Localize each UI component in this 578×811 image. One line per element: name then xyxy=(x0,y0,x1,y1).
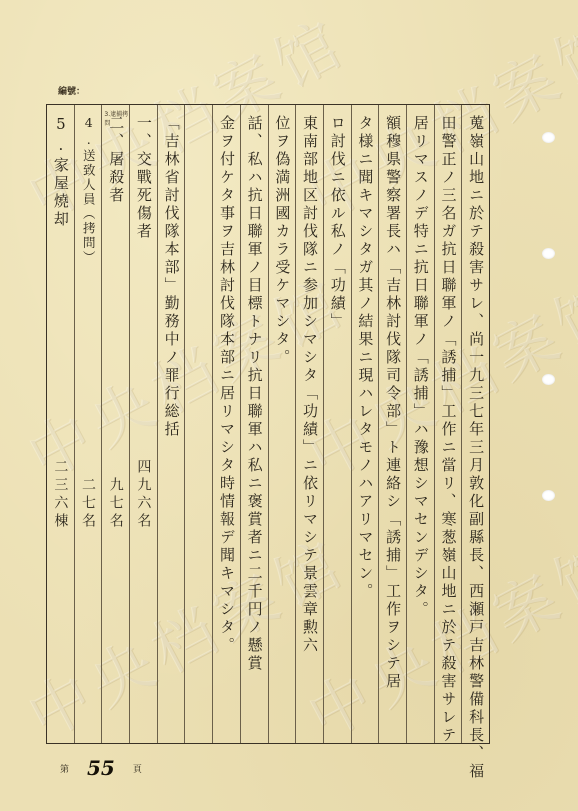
column-text: 話、私ハ抗日聯軍ノ目標トナリ抗日聯軍ハ私ニ褒賞者ニ二千円ノ懸賞 xyxy=(247,115,262,673)
page-number: 55 xyxy=(87,756,115,780)
summary-row: 5.家屋燒却 二三六棟 xyxy=(47,105,74,743)
column-text: 蒐嶺山地ニ於テ殺害サレ、尚一九三七年三月敦化副縣長、西瀬戸吉林警備科長、福 xyxy=(468,115,483,781)
page-footer: 第 55 頁 xyxy=(60,756,142,780)
summary-count: 二七名 xyxy=(78,477,98,531)
text-column xyxy=(184,105,212,743)
page-suffix: 頁 xyxy=(133,762,142,775)
form-number-label: 編號： xyxy=(58,84,85,97)
column-text: 額穆県警察署長ハ「吉林討伐隊司令部」ト連絡シ「誘捕」工作ヲシテ居 xyxy=(385,115,400,691)
punch-hole xyxy=(542,132,555,143)
summary-row: 3.逮捕拷問 二、屠殺者 九七名 xyxy=(101,105,129,743)
summary-label: 4.送致人員（拷問） xyxy=(82,115,95,265)
summary-row: 一、交戰死傷者 四九六名 xyxy=(129,105,157,743)
text-column: 金ヲ付ケタ事ヲ吉林討伐隊本部ニ居リマシタ時情報デ聞キマシタ。 xyxy=(212,105,240,743)
text-column: 田警正ノ三名ガ抗日聯軍ノ「誘捕」工作ニ當リ、寒葱嶺山地ニ於テ殺害サレテ xyxy=(434,105,462,743)
punch-hole xyxy=(542,490,555,501)
summary-count: 二三六棟 xyxy=(50,459,70,531)
page-prefix: 第 xyxy=(60,762,69,775)
summary-label: 5.家屋燒却 xyxy=(53,115,68,229)
text-column: タ様ニ聞キマシタガ其ノ結果ニ現ハレタモノハアリマセン。 xyxy=(351,105,379,743)
summary-label: 二、屠殺者 xyxy=(108,115,123,205)
section-heading: 「吉林省討伐隊本部」勤務中ノ罪行総括 xyxy=(164,115,179,439)
text-column: 位ヲ偽満洲國カラ受ケマシタ。 xyxy=(268,105,296,743)
column-text: 田警正ノ三名ガ抗日聯軍ノ「誘捕」工作ニ當リ、寒葱嶺山地ニ於テ殺害サレテ xyxy=(440,115,455,745)
punch-hole xyxy=(542,374,555,385)
column-text: 金ヲ付ケタ事ヲ吉林討伐隊本部ニ居リマシタ時情報デ聞キマシタ。 xyxy=(219,115,234,655)
text-column: 蒐嶺山地ニ於テ殺害サレ、尚一九三七年三月敦化副縣長、西瀬戸吉林警備科長、福 xyxy=(461,105,489,743)
column-text: ロ討伐ニ依ル私ノ「功績」 xyxy=(330,115,345,331)
text-column: ロ討伐ニ依ル私ノ「功績」 xyxy=(323,105,351,743)
text-column: 居リマスノデ特ニ抗日聯軍ノ「誘捕」ハ豫想シマセンデシタ。 xyxy=(406,105,434,743)
column-text: 位ヲ偽満洲國カラ受ケマシタ。 xyxy=(274,115,289,367)
text-column: 東南部地区討伐隊ニ参加シマシタ「功績」ニ依リマシテ景雲章勲六 xyxy=(295,105,323,743)
column-text: 居リマスノデ特ニ抗日聯軍ノ「誘捕」ハ豫想シマセンデシタ。 xyxy=(413,115,428,619)
section-heading-column: 「吉林省討伐隊本部」勤務中ノ罪行総括 xyxy=(157,105,185,743)
summary-count: 四九六名 xyxy=(133,459,153,531)
column-text: 東南部地区討伐隊ニ参加シマシタ「功績」ニ依リマシテ景雲章勲六 xyxy=(302,115,317,655)
summary-row: 4.送致人員（拷問） 二七名 xyxy=(74,105,102,743)
text-column: 話、私ハ抗日聯軍ノ目標トナリ抗日聯軍ハ私ニ褒賞者ニ二千円ノ懸賞 xyxy=(240,105,268,743)
summary-count: 九七名 xyxy=(106,477,126,531)
summary-label: 一、交戰死傷者 xyxy=(136,115,151,241)
punch-hole xyxy=(542,248,555,259)
text-column: 額穆県警察署長ハ「吉林討伐隊司令部」ト連絡シ「誘捕」工作ヲシテ居 xyxy=(378,105,406,743)
column-text: タ様ニ聞キマシタガ其ノ結果ニ現ハレタモノハアリマセン。 xyxy=(357,115,372,601)
manuscript-grid: 蒐嶺山地ニ於テ殺害サレ、尚一九三七年三月敦化副縣長、西瀬戸吉林警備科長、福 田警… xyxy=(46,104,490,744)
